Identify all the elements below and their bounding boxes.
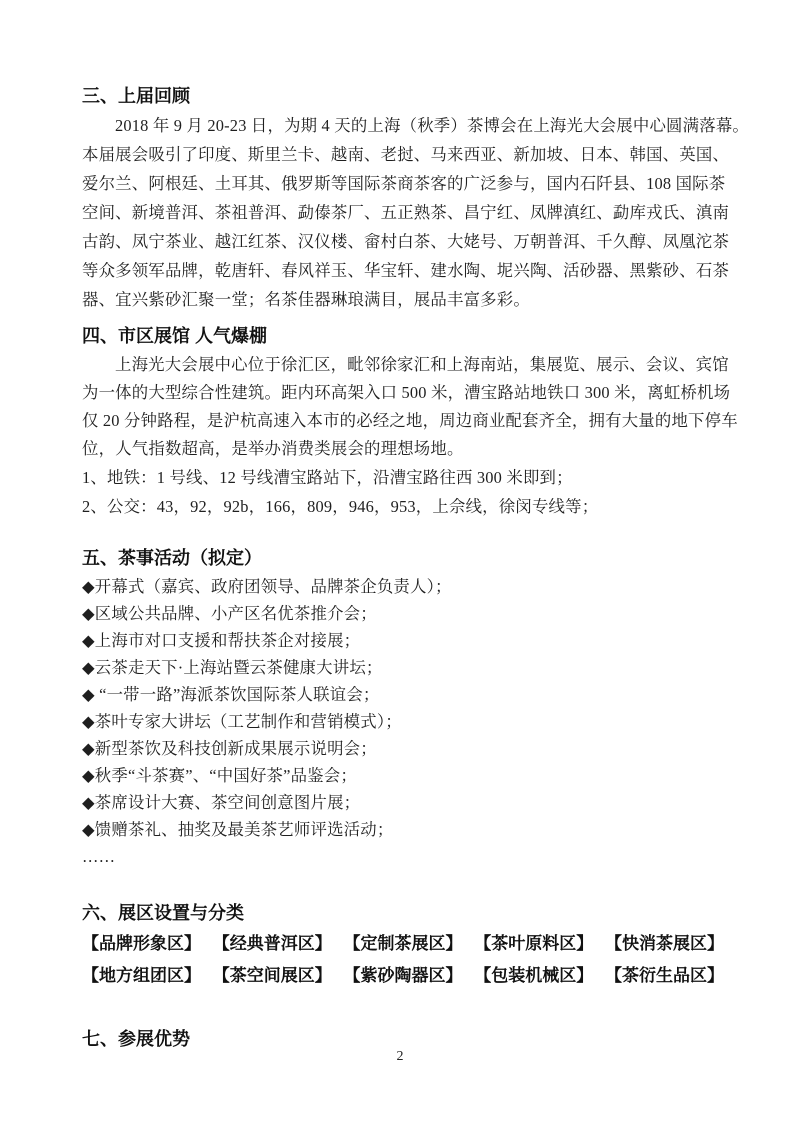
paragraph-line: 古韵、凤宁茶业、越江红茶、汉仪楼、畲村白茶、大姥号、万朝普洱、千久醇、凤凰沱茶 (82, 227, 724, 256)
section-4-heading: 四、市区展馆 人气爆棚 (82, 322, 724, 351)
activity-bullet: ◆区域公共品牌、小产区名优茶推介会； (82, 600, 724, 627)
document-page: 三、上届回顾 2018 年 9 月 20-23 日，为期 4 天的上海（秋季）茶… (0, 0, 800, 1132)
paragraph-line: 等众多领军品牌，乾唐轩、春风祥玉、华宝轩、建水陶、坭兴陶、活砂器、黑紫砂、石茶 (82, 256, 724, 285)
paragraph-line: 上海光大会展中心位于徐汇区，毗邻徐家汇和上海南站，集展览、展示、会议、宾馆 (82, 351, 724, 379)
zone-item: 【茶空间展区】 (213, 960, 332, 992)
activity-bullet: ◆新型茶饮及科技创新成果展示说明会； (82, 735, 724, 762)
zone-item: 【品牌形象区】 (82, 928, 201, 960)
activity-bullet: ◆馈赠茶礼、抽奖及最美茶艺师评选活动； (82, 816, 724, 843)
activity-bullet: ◆茶席设计大赛、茶空间创意图片展； (82, 789, 724, 816)
zone-item: 【快消茶展区】 (605, 928, 724, 960)
paragraph-line: 为一体的大型综合性建筑。距内环高架入口 500 米，漕宝路站地铁口 300 米，… (82, 379, 724, 407)
transport-bus-line: 2、公交：43，92，92b，166，809，946，953，上佘线，徐闵专线等… (82, 492, 724, 521)
paragraph-line: 本届展会吸引了印度、斯里兰卡、越南、老挝、马来西亚、新加坡、日本、韩国、英国、 (82, 140, 724, 169)
zone-item: 【定制茶展区】 (344, 928, 463, 960)
paragraph-line: 2018 年 9 月 20-23 日，为期 4 天的上海（秋季）茶博会在上海光大… (82, 111, 724, 140)
section-6-heading: 六、展区设置与分类 (82, 899, 724, 928)
zones-row-2: 【地方组团区】 【茶空间展区】 【紫砂陶器区】 【包装机械区】 【茶衍生品区】 (82, 960, 724, 992)
zone-item: 【茶衍生品区】 (605, 960, 724, 992)
zone-item: 【经典普洱区】 (213, 928, 332, 960)
paragraph-line: 器、宜兴紫砂汇聚一堂；名茶佳器琳琅满目，展品丰富多彩。 (82, 285, 724, 314)
zone-item: 【地方组团区】 (82, 960, 201, 992)
activity-bullet: ◆上海市对口支援和帮扶茶企对接展； (82, 627, 724, 654)
section-3-heading: 三、上届回顾 (82, 82, 724, 111)
page-number: 2 (0, 1049, 800, 1065)
zone-item: 【紫砂陶器区】 (344, 960, 463, 992)
paragraph-line: 爱尔兰、阿根廷、土耳其、俄罗斯等国际茶商茶客的广泛参与，国内石阡县、108 国际… (82, 169, 724, 198)
activity-bullet: ◆开幕式（嘉宾、政府团领导、品牌茶企负责人）； (82, 573, 724, 600)
paragraph-line: 仅 20 分钟路程，是沪杭高速入本市的必经之地，周边商业配套齐全，拥有大量的地下… (82, 407, 724, 435)
activity-bullet: ◆茶叶专家大讲坛（工艺制作和营销模式）； (82, 708, 724, 735)
zone-item: 【包装机械区】 (474, 960, 593, 992)
activity-bullet: ◆ “一带一路”海派茶饮国际茶人联谊会； (82, 681, 724, 708)
transport-metro-line: 1、地铁：1 号线、12 号线漕宝路站下，沿漕宝路往西 300 米即到； (82, 463, 724, 492)
zones-row-1: 【品牌形象区】 【经典普洱区】 【定制茶展区】 【茶叶原料区】 【快消茶展区】 (82, 928, 724, 960)
paragraph-line: 位，人气指数超高，是举办消费类展会的理想场地。 (82, 435, 724, 463)
page-content: 三、上届回顾 2018 年 9 月 20-23 日，为期 4 天的上海（秋季）茶… (82, 82, 724, 1054)
ellipsis-line: …… (82, 843, 724, 870)
activity-bullet: ◆云茶走天下·上海站暨云茶健康大讲坛； (82, 654, 724, 681)
zone-item: 【茶叶原料区】 (474, 928, 593, 960)
activity-bullet: ◆秋季“斗茶赛”、“中国好茶”品鉴会； (82, 762, 724, 789)
section-5-heading: 五、茶事活动（拟定） (82, 544, 724, 573)
paragraph-line: 空间、新境普洱、茶祖普洱、勐傣茶厂、五正熟茶、昌宁红、凤牌滇红、勐库戎氏、滇南 (82, 198, 724, 227)
